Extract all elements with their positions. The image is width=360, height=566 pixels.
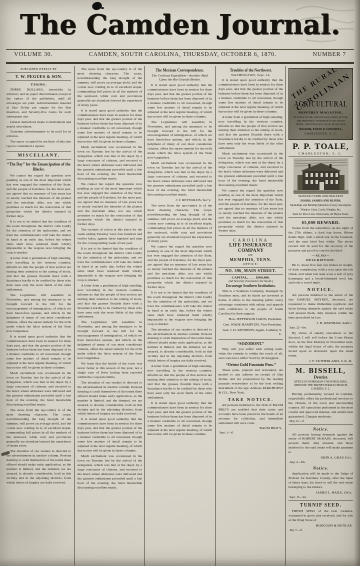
- column-5: THE RURAL CAROLINIAN AGRICULTURAL MONTHL…: [285, 66, 356, 566]
- terms-paragraph: Liberal deductions made to individuals a…: [7, 120, 72, 129]
- body-paragraph: The news from the up-country is of the m…: [77, 67, 142, 107]
- rule: [289, 501, 354, 502]
- terms-paragraph: Transient advertisements to be paid for …: [7, 130, 72, 139]
- notice-signature: JOHN A. GRAY, Ex’r.: [289, 456, 353, 460]
- issue-dateline: CAMDEN, SOUTH CAROLINA, THURSDAY, OCTOBE…: [53, 52, 313, 58]
- toale-ad-line: MANUFACTURER AND DEALER IN: [289, 195, 354, 198]
- body-paragraph: We cannot but regard the question now pe…: [148, 245, 213, 290]
- body-paragraph: The news from the up-country is of the m…: [7, 408, 72, 448]
- fountain-pen-body: These pens, prepaid and warranted, are m…: [218, 368, 283, 395]
- notice-body: All persons having demands against the e…: [289, 432, 354, 454]
- also-divider: —ALSO—: [289, 254, 354, 258]
- miscellany-header-box: MISCELLANY.: [7, 151, 72, 160]
- article-heading: The Mexican Correspondence.: [148, 68, 213, 73]
- insurance-name-line: LIFE INSURANCE COMPANY: [218, 242, 283, 254]
- rule: [289, 424, 354, 425]
- notice-date: Aug. 4—3m.: [290, 461, 354, 464]
- dentist-title: Dentist.: [289, 374, 354, 379]
- body-paragraph: A letter from a gentleman of high standi…: [7, 256, 72, 292]
- turnip-seed-date: July 7—tf.: [290, 529, 354, 532]
- publisher-name: T. W. PEGUES & SON.: [7, 74, 72, 79]
- rural-city-line: CHARLESTON, S. C.: [289, 133, 353, 136]
- description-heading: DESCRIPTION.: [289, 258, 354, 262]
- column-grid: PUBLISHED WEEKLY BY T. W. PEGUES & SON. …: [4, 66, 356, 566]
- reward-body: Stolen from the subscriber, on the night…: [289, 226, 354, 253]
- toale-city: CHARLESTON, S. C.: [289, 152, 354, 156]
- insurance-address: NO. 396, MAIN STREET.: [218, 267, 283, 275]
- insurance-slogan: Encourage Southern Institutions.: [218, 284, 283, 288]
- toale-ad-line: Mouldings and Building Material of every…: [289, 204, 354, 207]
- column-1: PUBLISHED WEEKLY BY T. W. PEGUES & SON. …: [4, 66, 74, 566]
- description-body: He is about five feet ten inches in heig…: [289, 263, 354, 285]
- notice-heading: NOTICE.: [289, 287, 354, 292]
- rural-detail-line: TERMS—TWO DOLLARS A YEAR, IN ADVANCE.: [289, 123, 353, 126]
- rule: [289, 364, 354, 365]
- body-paragraph: It is not to be denied that the conditio…: [7, 219, 72, 255]
- body-paragraph: We cannot but regard the question now pe…: [7, 174, 72, 219]
- body-paragraph: The attention of our readers is directed…: [148, 327, 213, 363]
- body-paragraph: It is stated upon good authority that th…: [218, 78, 283, 114]
- turnip-seed-signature: HODGSON & DUNLAP.: [289, 523, 353, 527]
- masthead-rule: [6, 62, 354, 64]
- toale-ad-line: Send for Price Lists. Warerooms, 20 Hayn…: [289, 213, 354, 216]
- body-paragraph: The attention of our readers is directed…: [77, 380, 142, 416]
- sheriff-signature: J. F. SUTHERLAND, S. K. D.: [289, 359, 353, 363]
- body-paragraph: It is stated upon good authority that th…: [7, 334, 72, 370]
- insurance-ad: CAROLINA LIFE INSURANCE COMPANY OF MEMPH…: [218, 235, 283, 339]
- notice-body: Application will be made to the Judge of…: [289, 472, 354, 490]
- article-heading: Troubles of the Northwest.: [218, 68, 283, 73]
- masthead: The Camden Journal.: [0, 10, 360, 50]
- body-paragraph: It is stated upon good authority that th…: [148, 401, 213, 437]
- article-dateline: WASHINGTON, Sept. 14.: [218, 74, 283, 78]
- body-paragraph: A letter from a gentleman of high standi…: [148, 364, 213, 400]
- body-paragraph: The Legislature will assemble in Novembe…: [148, 120, 213, 160]
- insurance-officer: Gen. J. D. KENNEDY, Agent, Camden, S. C.: [218, 328, 282, 336]
- volume-label: VOLUME 30.: [14, 52, 53, 58]
- insurance-of-line: OF: [218, 254, 283, 258]
- article-headline: “The Day” for the Emancipation of the Bl…: [7, 162, 72, 171]
- dateline-row: VOLUME 30. CAMDEN, SOUTH CAROLINA, THURS…: [6, 49, 354, 59]
- body-paragraph: We cannot but regard the question now pe…: [77, 182, 142, 227]
- body-paragraph: The news from the up-country is of the m…: [148, 203, 213, 243]
- body-paragraph: A letter from a gentleman of high standi…: [218, 115, 283, 151]
- newspaper-page: The Camden Journal. VOLUME 30. CAMDEN, S…: [0, 0, 360, 566]
- take-notice-date: Sept. 1—tf.: [219, 432, 283, 435]
- toale-name: P. P. TOALE,: [289, 142, 354, 151]
- insurance-note: (All Securely Invested in the South.): [218, 280, 283, 284]
- take-notice-signature: BAUM BRO’S.: [218, 426, 282, 430]
- rural-carolinian-ad: THE RURAL CAROLINIAN AGRICULTURAL MONTHL…: [289, 68, 354, 140]
- body-paragraph: Much excitement was occasioned in the to…: [77, 454, 142, 490]
- take-notice-body: All persons indebted to the firm of BAUM…: [218, 403, 283, 425]
- body-paragraph: Much excitement was occasioned in the to…: [7, 371, 72, 407]
- insurance-officer: Gen. WADE HAMPTON, Vice-President.: [218, 323, 282, 327]
- body-paragraph: It is not to be denied that the conditio…: [148, 290, 213, 326]
- terms-paragraph: The space occupied by ten lines of this …: [7, 140, 72, 149]
- body-paragraph: It is stated upon good authority that th…: [77, 108, 142, 144]
- notice-heading: Notice.: [289, 466, 354, 471]
- body-paragraph: Much excitement was occasioned in the to…: [148, 161, 213, 197]
- column-3: The Mexican Correspondence. The Cortinas…: [144, 66, 215, 566]
- turnip-seed-heading: TURNIP SEED.: [289, 503, 354, 508]
- body-paragraph: The Legislature will assemble in Novembe…: [7, 293, 72, 333]
- rule: [289, 217, 354, 218]
- insurance-office-label: OFFICE:: [218, 263, 283, 267]
- body-paragraph: The receipts of cotton at this place for…: [77, 228, 142, 246]
- rural-agricultural-line: AGRICULTURAL: [289, 99, 353, 109]
- notice-heading: Notice.: [289, 427, 354, 432]
- reward-heading: $5,000 REWARD.: [289, 220, 354, 225]
- column-2: The news from the up-country is of the m…: [74, 66, 145, 566]
- turnip-seed-body: FRESH SEED of the best varieties, warran…: [289, 509, 354, 522]
- notice-date: Sept. 22—6w.: [290, 327, 354, 330]
- newspaper-title: The Camden Journal.: [20, 10, 340, 41]
- body-paragraph: It is stated upon good authority that th…: [148, 83, 213, 119]
- rule: [7, 80, 72, 81]
- notice-date: Sept. 15—4w.: [290, 496, 354, 499]
- terms-paragraph: THREE DOLLARS, invariably in advance; an…: [7, 87, 72, 118]
- dentist-name: M. BISSELL,: [289, 367, 354, 374]
- body-paragraph: Much excitement was occasioned in the to…: [218, 152, 283, 188]
- take-notice-heading: TAKE NOTICE.: [218, 397, 283, 402]
- notice-body: All persons indebted to the estate of th…: [289, 293, 354, 320]
- terms-heading: TERMS.: [7, 82, 72, 86]
- body-paragraph: The attention of our readers is directed…: [7, 449, 72, 485]
- dentist-office-line: OFFICE IN WORKMAN’S NEW BUILDING, OPPOSI…: [289, 380, 354, 390]
- ink-speck: [101, 7, 104, 9]
- signature-line: J. T. REYNOLDS, Sec’y.: [148, 198, 212, 202]
- sozodont-heading: “SOZODONT.”: [218, 342, 283, 347]
- insurance-city-line: MEMPHIS, TENN.: [218, 258, 283, 263]
- insurance-officer: Hon. JEFFERSON DAVIS, President.: [218, 317, 282, 321]
- notice-signature: JAMES L. HAILE, Gd’n.: [289, 491, 353, 495]
- sheriff-sale-body: By virtue of sundry executions to me dir…: [289, 331, 354, 358]
- rural-publisher-line: WALKER, EVANS & COGSWELL,: [289, 128, 353, 131]
- rule: [289, 157, 354, 158]
- notice-signature: J. B. KERSHAW, Adm’r.: [289, 321, 353, 325]
- insurance-body: This is a Southern Company, managed by S…: [218, 289, 283, 316]
- body-paragraph: The Legislature will assemble in Novembe…: [77, 320, 142, 360]
- rural-magazine-line: MONTHLY MAGAZINE,: [289, 111, 353, 115]
- rule: [7, 72, 72, 73]
- building-engraving: [294, 158, 349, 194]
- fountain-pen-heading: “Orient Gold Fountain Pens.”: [218, 362, 283, 367]
- toale-ad-line: DOORS, SASHES AND BLINDS,: [289, 199, 354, 202]
- miscellany-heading: MISCELLANY.: [7, 153, 72, 158]
- dentist-date: May 12—tf.: [290, 420, 354, 423]
- body-paragraph: A letter from a gentleman of high standi…: [77, 283, 142, 319]
- body-paragraph: Much excitement was occasioned in the to…: [77, 145, 142, 181]
- dentist-body: Having permanently located in Camden, re…: [289, 392, 354, 419]
- toale-ad-line: Window Glass, Cords, Weights, &c.: [289, 208, 354, 211]
- sozodont-body: Why will you suffer with aching teeth, w…: [218, 347, 283, 360]
- column-4: Troubles of the Northwest. WASHINGTON, S…: [215, 66, 286, 566]
- number-label: NUMBER 7: [313, 52, 346, 58]
- body-paragraph: We cannot but regard the question now pe…: [218, 188, 283, 233]
- article-subheading: The Cortinas Expedition—Another Raid Upo…: [148, 74, 213, 82]
- published-by-line: PUBLISHED WEEKLY BY: [7, 68, 72, 71]
- body-paragraph: It is stated upon good authority that th…: [77, 417, 142, 453]
- body-paragraph: It is not to be denied that the conditio…: [77, 247, 142, 283]
- body-paragraph: We learn that the health of the town was…: [77, 362, 142, 380]
